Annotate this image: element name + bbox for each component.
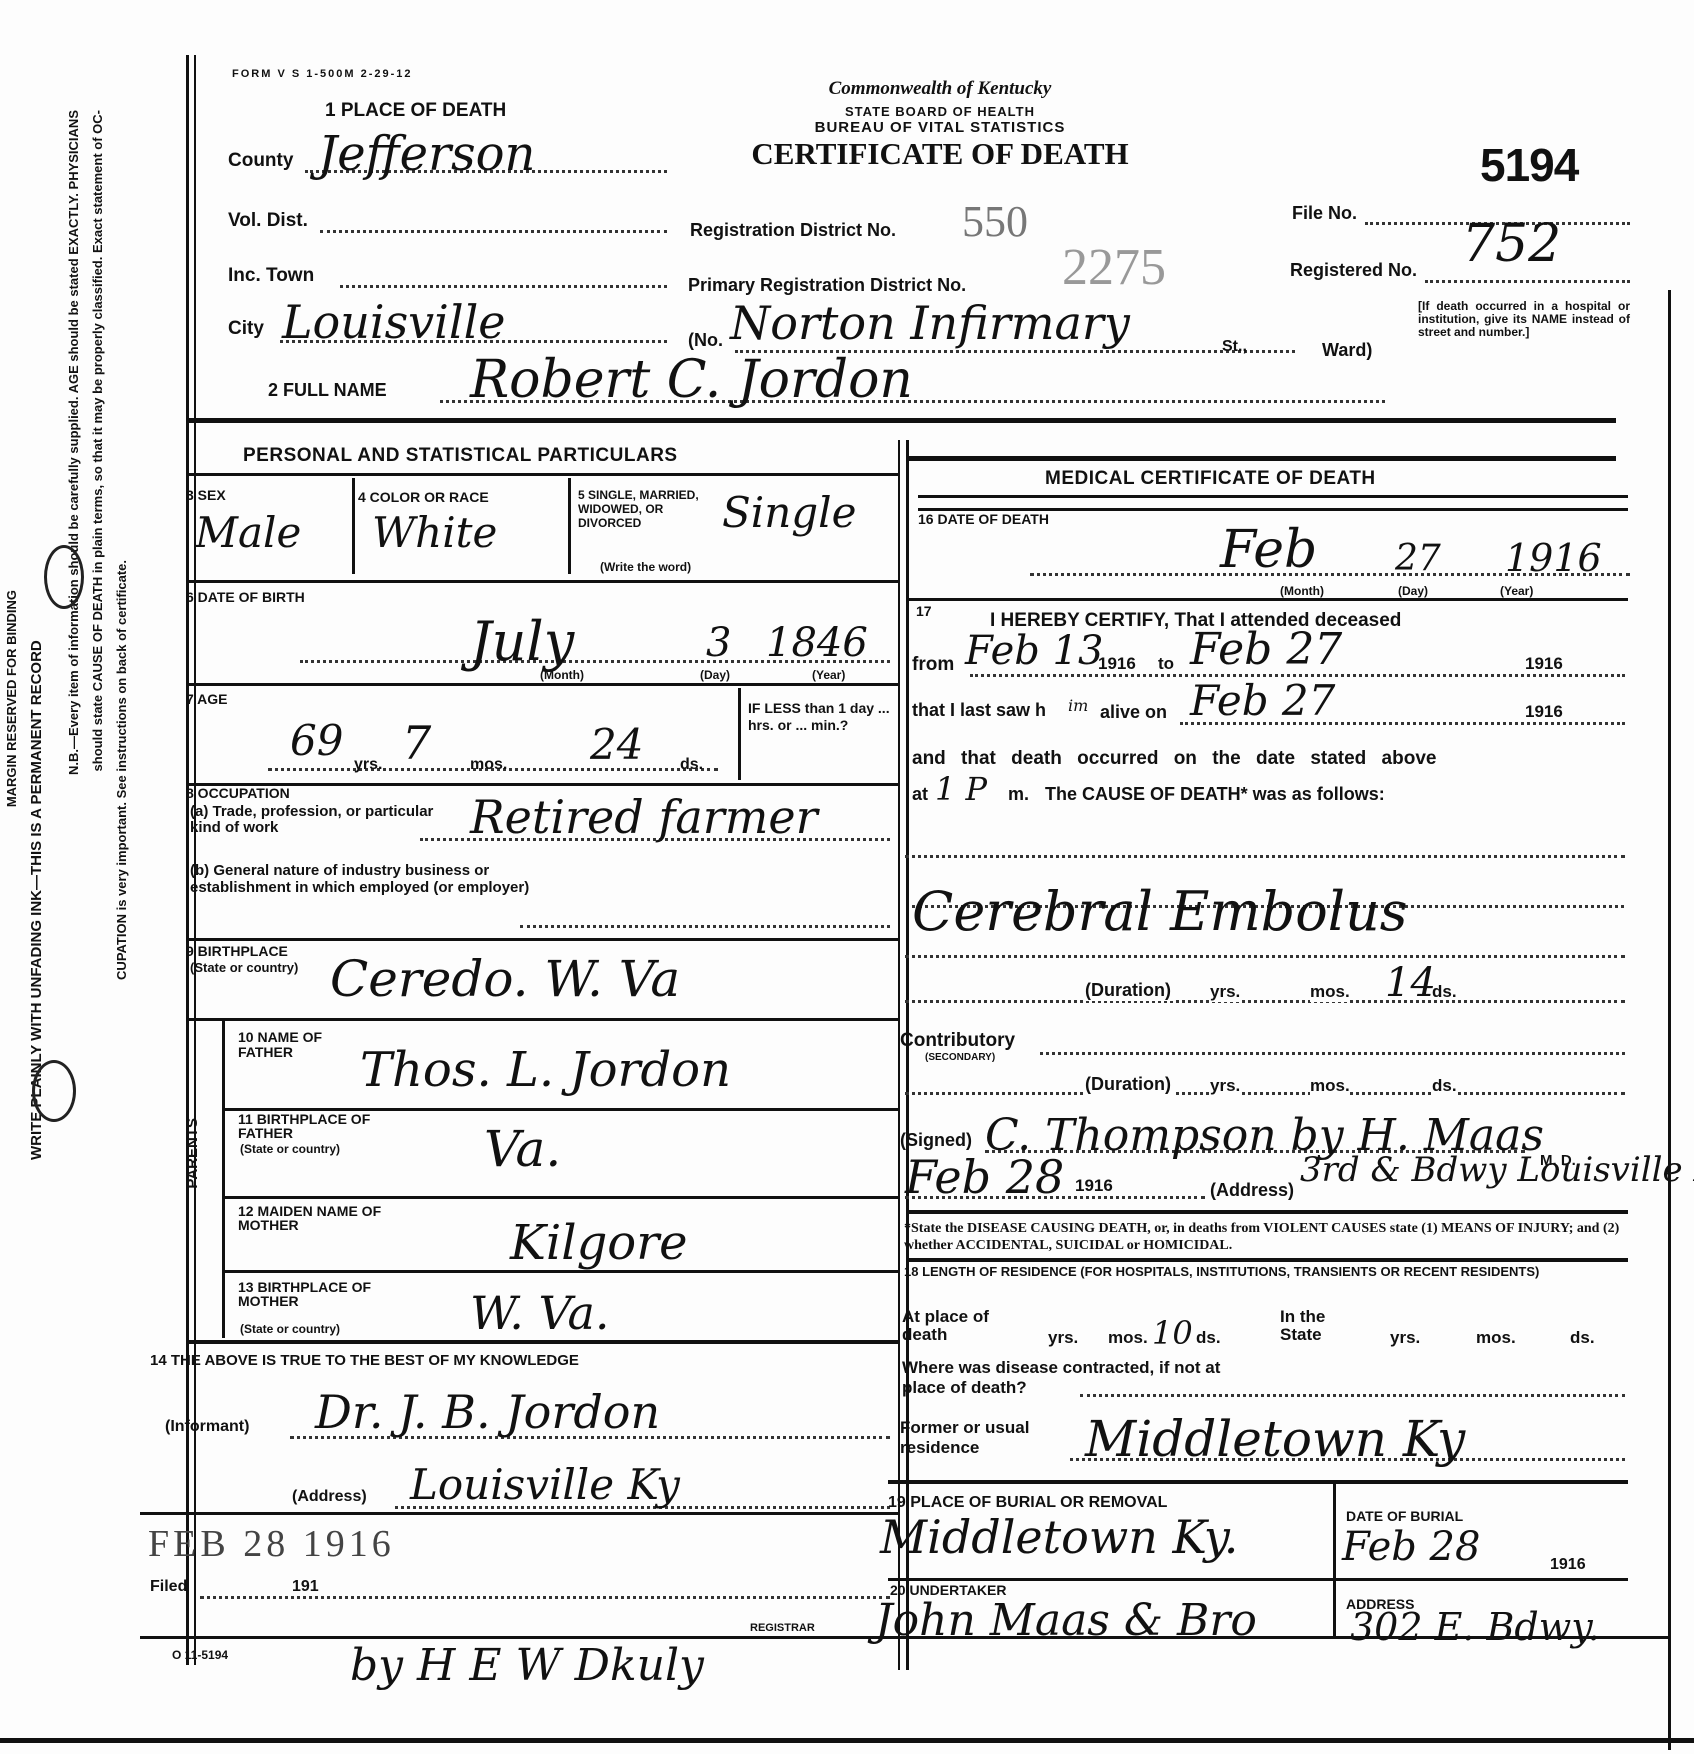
dob-year-caption: (Year) — [812, 668, 845, 682]
father-birthplace-hint: (State or country) — [240, 1142, 340, 1156]
dob-day-caption: (Day) — [700, 668, 730, 682]
header-board: STATE BOARD OF HEALTH — [700, 104, 1180, 119]
informant-label: (Informant) — [165, 1418, 249, 1436]
marital-hint: (Write the word) — [600, 560, 691, 574]
certify-number: 17 — [916, 604, 932, 619]
city-label: City — [228, 318, 264, 340]
attended-to-date: Feb 27 — [1190, 624, 1342, 675]
father-birthplace-value: Va. — [484, 1120, 561, 1178]
registered-no-value: 752 — [1462, 214, 1561, 274]
certificate-title: CERTIFICATE OF DEATH — [700, 136, 1180, 172]
age-days: 24 — [590, 720, 643, 769]
former-residence-label: Former or usual residence — [900, 1418, 1070, 1458]
certificate-number: 5194 — [1480, 138, 1578, 192]
father-value: Thos. L. Jordon — [360, 1042, 731, 1098]
street-label: St., — [1222, 338, 1247, 356]
father-label: 10 NAME OF FATHER — [238, 1030, 368, 1060]
last-saw-year: 1916 — [1525, 702, 1563, 722]
filed-date-stamp: FEB 28 1916 — [148, 1522, 395, 1566]
race-label: 4 COLOR OR RACE — [358, 490, 489, 505]
medical-section-title: MEDICAL CERTIFICATE OF DEATH — [1045, 468, 1376, 490]
primary-reg-label: Primary Registration District No. — [688, 275, 966, 296]
time-m-label: m. — [1008, 784, 1029, 805]
birthplace-value: Ceredo. W. Va — [330, 950, 680, 1008]
county-value: Jefferson — [318, 126, 535, 182]
birthplace-hint: (State or country) — [190, 960, 298, 975]
binding-hole-bottom — [32, 1060, 76, 1122]
registered-no-label: Registered No. — [1290, 260, 1417, 281]
in-state-label: In the State — [1280, 1308, 1340, 1344]
date-of-death-month: Feb — [1220, 520, 1317, 580]
inc-town-label: Inc. Town — [228, 265, 314, 287]
mother-label: 12 MAIDEN NAME OF MOTHER — [238, 1204, 438, 1232]
reg-district-value: 550 — [962, 196, 1028, 247]
age-months: 7 — [402, 716, 431, 770]
last-saw-date: Feb 27 — [1190, 676, 1335, 725]
parents-label: PARENTS — [184, 1118, 201, 1189]
mother-birthplace-value: W. Va. — [470, 1286, 610, 1340]
dod-month-caption: (Month) — [1280, 584, 1324, 598]
filed-label: Filed — [150, 1578, 187, 1596]
former-residence-value: Middletown Ky — [1085, 1410, 1465, 1468]
signed-date: Feb 28 — [905, 1150, 1064, 1204]
dod-day-caption: (Day) — [1398, 584, 1428, 598]
death-occurred-text: and that death occurred on the date stat… — [912, 748, 1436, 770]
registrar-label: REGISTRAR — [750, 1622, 815, 1634]
street-no-label: (No. — [688, 330, 723, 351]
header-bureau: BUREAU OF VITAL STATISTICS — [700, 119, 1180, 136]
footer-code: O 11-5194 — [172, 1648, 228, 1662]
res-place-days: 10 — [1152, 1314, 1193, 1352]
full-name-value: Robert C. Jordon — [470, 350, 913, 410]
marital-label: 5 SINGLE, MARRIED, WIDOWED, OR DIVORCED — [578, 488, 728, 530]
contributory-label: Contributory — [900, 1030, 1015, 1052]
registrar-signature: by H E W Dkuly — [350, 1640, 704, 1691]
secondary-label: (SECONDARY) — [925, 1052, 995, 1063]
cause-duration-label: (Duration) — [1083, 980, 1173, 1001]
ward-label: Ward) — [1322, 340, 1372, 361]
occupation-a-label: (a) Trade, profession, or particular kin… — [190, 804, 460, 836]
dob-day: 3 — [706, 620, 731, 666]
physician-address-label: (Address) — [1210, 1180, 1294, 1201]
occupation-label: 8 OCCUPATION — [186, 786, 290, 801]
signed-label: (Signed) — [900, 1130, 972, 1151]
form-code: FORM V S 1-500M 2-29-12 — [232, 68, 413, 80]
contributory-ds-label: ds. — [1432, 1076, 1457, 1096]
personal-section-title: PERSONAL AND STATISTICAL PARTICULARS — [243, 445, 678, 467]
attended-to-label: to — [1158, 654, 1174, 674]
res-place-ds: ds. — [1196, 1328, 1221, 1348]
form-right-border — [1668, 290, 1671, 1750]
residence-label: 18 LENGTH OF RESIDENCE (FOR HOSPITALS, I… — [904, 1264, 1624, 1280]
res-place-yrs: yrs. — [1048, 1328, 1078, 1348]
last-saw-pronoun: im — [1068, 696, 1088, 715]
file-no-label: File No. — [1292, 203, 1357, 224]
mother-birthplace-label: 13 BIRTHPLACE OF MOTHER — [238, 1280, 388, 1308]
attended-from-year: 1916 — [1098, 654, 1136, 674]
cause-mos-label: mos. — [1310, 982, 1350, 1002]
dob-label: 6 DATE OF BIRTH — [186, 590, 305, 605]
alive-on-label: alive on — [1100, 702, 1167, 723]
institution-value: Norton Infirmary — [730, 296, 1130, 350]
dob-year: 1846 — [766, 620, 868, 666]
margin-note-permanent-record: WRITE PLAINLY WITH UNFADING INK—THIS IS … — [28, 140, 45, 1160]
attended-to-year: 1916 — [1525, 654, 1563, 674]
age-label: 7 AGE — [186, 692, 228, 707]
at-place-label: At place of death — [902, 1308, 1002, 1344]
binding-hole-top — [44, 545, 84, 609]
res-place-mos: mos. — [1108, 1328, 1148, 1348]
age-yrs-label: yrs. — [354, 756, 382, 774]
primary-reg-value: 2275 — [1062, 238, 1166, 297]
informant-address-label: (Address) — [292, 1488, 367, 1506]
margin-note-line4: should state CAUSE OF DEATH in plain ter… — [90, 110, 105, 771]
county-label: County — [228, 150, 293, 172]
vol-dist-label: Vol. Dist. — [228, 210, 308, 232]
res-state-mos: mos. — [1476, 1328, 1516, 1348]
hospital-note: [If death occurred in a hospital or inst… — [1418, 300, 1630, 339]
marital-value: Single — [722, 488, 856, 537]
at-label: at — [912, 784, 928, 805]
dob-month-caption: (Month) — [540, 668, 584, 682]
date-of-death-year: 1916 — [1505, 536, 1602, 580]
burial-year: 1916 — [1550, 1556, 1586, 1574]
date-of-death-label: 16 DATE OF DEATH — [918, 512, 1049, 527]
dob-month: July — [470, 610, 574, 673]
race-value: White — [372, 508, 497, 557]
burial-date-label: DATE OF BURIAL — [1346, 1508, 1463, 1524]
last-saw-label: that I last saw h — [912, 700, 1046, 721]
attended-from-date: Feb 13 — [965, 628, 1103, 674]
cause-yrs-label: yrs. — [1210, 982, 1240, 1002]
age-years: 69 — [290, 716, 343, 765]
less-than-day-label: IF LESS than 1 day ... hrs. or ... min.? — [748, 700, 894, 734]
contributory-duration-label: (Duration) — [1083, 1074, 1173, 1095]
certificate-header: Commonwealth of Kentucky STATE BOARD OF … — [700, 78, 1180, 172]
margin-note-line3: N.B.—Every item of information should be… — [66, 110, 81, 775]
city-value: Louisville — [282, 295, 506, 349]
age-ds-label: ds. — [680, 756, 703, 774]
cause-of-death-value: Cerebral Embolus — [912, 880, 1408, 943]
contributory-mos-label: mos. — [1310, 1076, 1350, 1096]
burial-date-value: Feb 28 — [1342, 1524, 1480, 1570]
cause-intro: The CAUSE OF DEATH* was as follows: — [1045, 784, 1385, 805]
informant-address-value: Louisville Ky — [410, 1460, 680, 1509]
undertaker-address-value: 302 E. Bdwy. — [1350, 1605, 1600, 1649]
contributory-yrs-label: yrs. — [1210, 1076, 1240, 1096]
column-divider — [906, 440, 909, 1670]
occupation-b-label: (b) General nature of industry business … — [190, 862, 530, 896]
full-name-label: 2 FULL NAME — [268, 380, 387, 401]
mother-birthplace-hint: (State or country) — [240, 1322, 340, 1336]
burial-place-value: Middletown Ky. — [880, 1510, 1238, 1564]
cause-ds-label: ds. — [1432, 982, 1457, 1002]
time-of-death: 1 P — [935, 770, 987, 808]
sex-label: 3 SEX — [186, 488, 226, 503]
cause-duration-days: 14 — [1385, 960, 1436, 1006]
sex-value: Male — [195, 508, 301, 557]
mother-value: Kilgore — [510, 1215, 688, 1271]
date-of-death-day: 27 — [1395, 538, 1441, 579]
place-of-death-heading: 1 PLACE OF DEATH — [325, 100, 506, 122]
reg-district-label: Registration District No. — [690, 220, 896, 241]
margin-note-binding: MARGIN RESERVED FOR BINDING — [4, 590, 19, 807]
informant-heading: 14 THE ABOVE IS TRUE TO THE BEST OF MY K… — [150, 1352, 579, 1369]
birthplace-label: 9 BIRTHPLACE — [186, 944, 288, 959]
header-commonwealth: Commonwealth of Kentucky — [700, 78, 1180, 100]
margin-note-line5: CUPATION is very important. See instruct… — [114, 560, 129, 980]
res-state-ds: ds. — [1570, 1328, 1595, 1348]
cause-footnote: *State the DISEASE CAUSING DEATH, or, in… — [904, 1220, 1626, 1254]
filed-191-label: 191 — [292, 1578, 319, 1596]
informant-value: Dr. J. B. Jordon — [315, 1385, 660, 1439]
dod-year-caption: (Year) — [1500, 584, 1533, 598]
res-state-yrs: yrs. — [1390, 1328, 1420, 1348]
undertaker-value: John Maas & Bro — [875, 1595, 1257, 1646]
physician-address-value: 3rd & Bdwy Louisville Ky — [1300, 1150, 1694, 1190]
father-birthplace-label: 11 BIRTHPLACE OF FATHER — [238, 1112, 388, 1140]
attended-from-label: from — [912, 654, 954, 676]
form-bottom-border — [0, 1738, 1694, 1743]
age-mos-label: mos. — [470, 756, 507, 774]
disease-contracted-label: Where was disease contracted, if not at … — [902, 1358, 1252, 1398]
signed-year: 1916 — [1075, 1176, 1113, 1196]
occupation-value: Retired farmer — [470, 790, 818, 844]
